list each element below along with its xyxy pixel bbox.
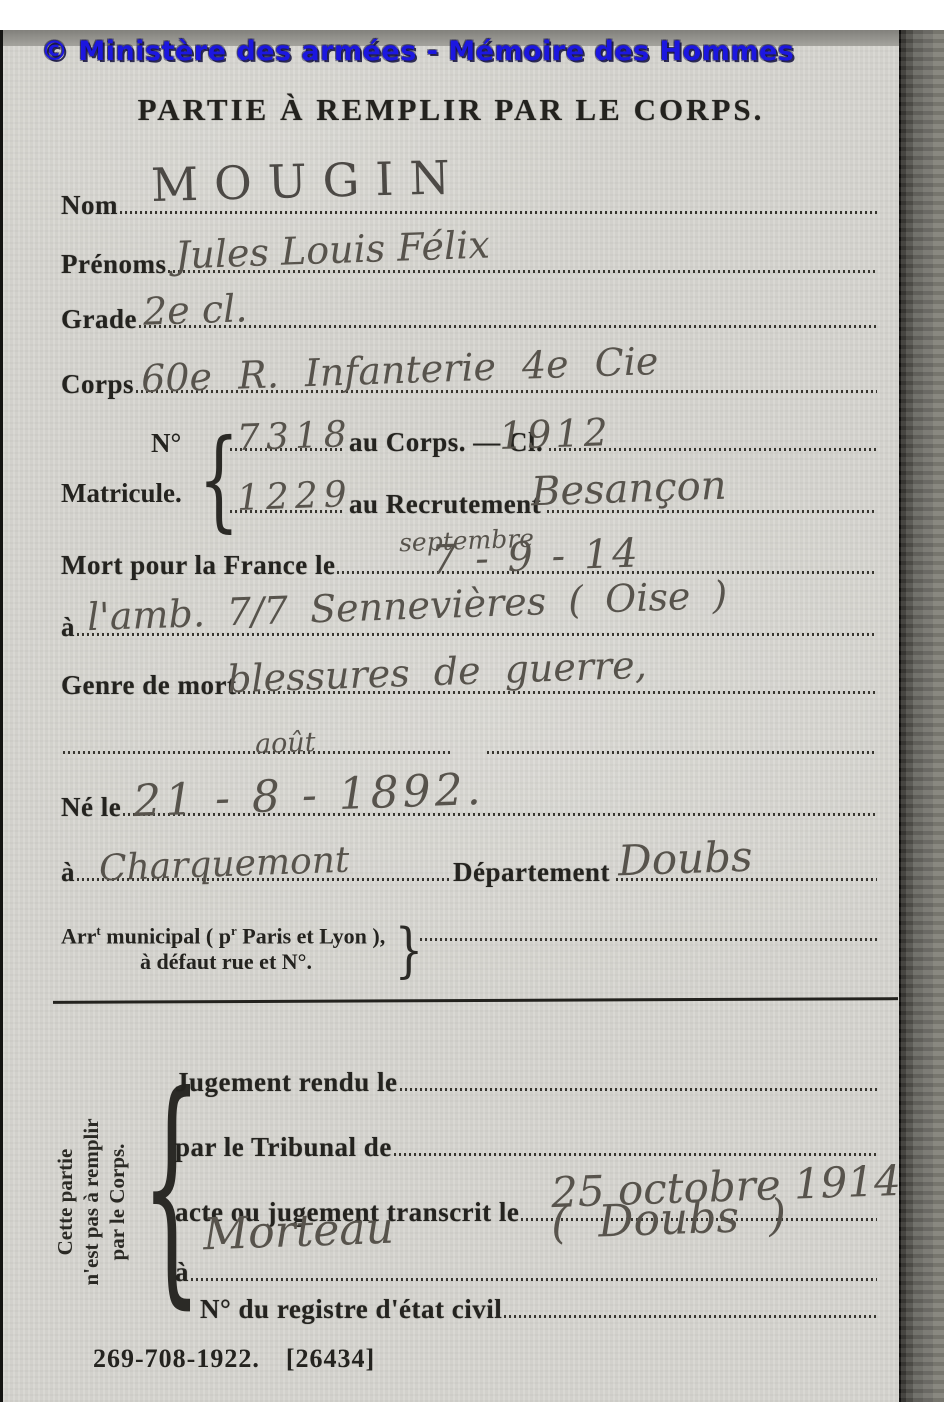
sidebar-note-line: n'est pas à remplir (79, 1118, 103, 1285)
arrondissement-label: Arrt municipal ( pr Paris et Lyon ), à d… (61, 918, 391, 975)
grade-handwritten-value: 2e cl. (142, 286, 248, 334)
field-jugement: Jugement rendu le (175, 1063, 877, 1097)
a-label: à (61, 612, 75, 642)
transcrit-dept-handwritten-value: ( Doubs ) (550, 1190, 787, 1249)
dotted-leader (420, 938, 877, 941)
transcrit-lieu-handwritten-value: Morteau (202, 1203, 395, 1261)
nom-handwritten-value: MOUGIN (150, 150, 466, 212)
departement-handwritten-value: Doubs (617, 832, 753, 886)
dotted-leader (504, 1315, 877, 1318)
print-reference: 269-708-1922.[26434] (93, 1344, 401, 1374)
departement-label: Département (453, 857, 610, 887)
au-recrutement-label: au Recrutement (349, 489, 541, 519)
a-label: à (61, 857, 75, 887)
tribunal-label: par le Tribunal de (175, 1132, 392, 1162)
dotted-leader (120, 211, 877, 214)
arr-label-line2: à défaut rue et N°. (61, 949, 391, 975)
ne-le-label: Né le (61, 792, 121, 822)
form-title: PARTIE À REMPLIR PAR LE CORPS. (3, 92, 899, 128)
arr-label-text: municipal ( p (101, 923, 231, 948)
grade-label: Grade (61, 304, 137, 334)
book-binding-edge (899, 30, 944, 1402)
field-registre: N° du registre d'état civil (200, 1290, 877, 1324)
genre-mort-label: Genre de mort (61, 670, 236, 700)
a-label: à (175, 1257, 189, 1287)
nom-label: Nom (61, 190, 118, 220)
mort-date-handwritten-value: 7 - 9 - 14 (430, 530, 641, 583)
field-transcrit-lieu: à (175, 1253, 877, 1287)
matricule-label: Matricule. (61, 478, 182, 509)
prenoms-label: Prénoms (61, 249, 166, 279)
jugement-label: Jugement rendu le (175, 1067, 398, 1097)
dotted-leader (394, 1153, 877, 1156)
matricule-no-label: N° (151, 428, 181, 459)
matricule-corps-number: 7318 (236, 414, 353, 459)
field-arrondissement (418, 913, 877, 947)
reference-number: 269-708-1922. (93, 1344, 260, 1373)
mort-label: Mort pour la France le (61, 550, 335, 580)
aout-annotation: août (254, 727, 316, 760)
classe-handwritten-value: 1912 (498, 410, 612, 458)
corps-label: Corps (61, 369, 134, 399)
arr-label-text: Arr (61, 923, 96, 948)
dotted-leader (487, 751, 877, 754)
ne-lieu-handwritten-value: Charquemont (98, 840, 350, 890)
dotted-leader (400, 1088, 878, 1091)
copyright-watermark: © Ministère des armées - Mémoire des Hom… (41, 36, 794, 67)
continuation-line (61, 726, 877, 760)
sidebar-note-line: Cette partie (53, 1149, 77, 1256)
dotted-leader (139, 325, 877, 328)
scanned-record-card: © Ministère des armées - Mémoire des Hom… (0, 30, 899, 1402)
field-tribunal: par le Tribunal de (175, 1128, 877, 1162)
recrutement-handwritten-value: Besançon (530, 463, 727, 516)
sidebar-note-vertical: Cette partie n'est pas à remplir par le … (52, 1052, 134, 1352)
sidebar-note-line: par le Corps. (105, 1144, 129, 1261)
section-divider-rule (53, 997, 898, 1004)
bracket-number: [26434] (286, 1344, 375, 1373)
arr-label-text: Paris et Lyon ), (237, 923, 386, 948)
matricule-recrutement-number: 1229 (236, 474, 353, 519)
registre-label: N° du registre d'état civil (200, 1294, 502, 1324)
dotted-leader (191, 1278, 877, 1281)
